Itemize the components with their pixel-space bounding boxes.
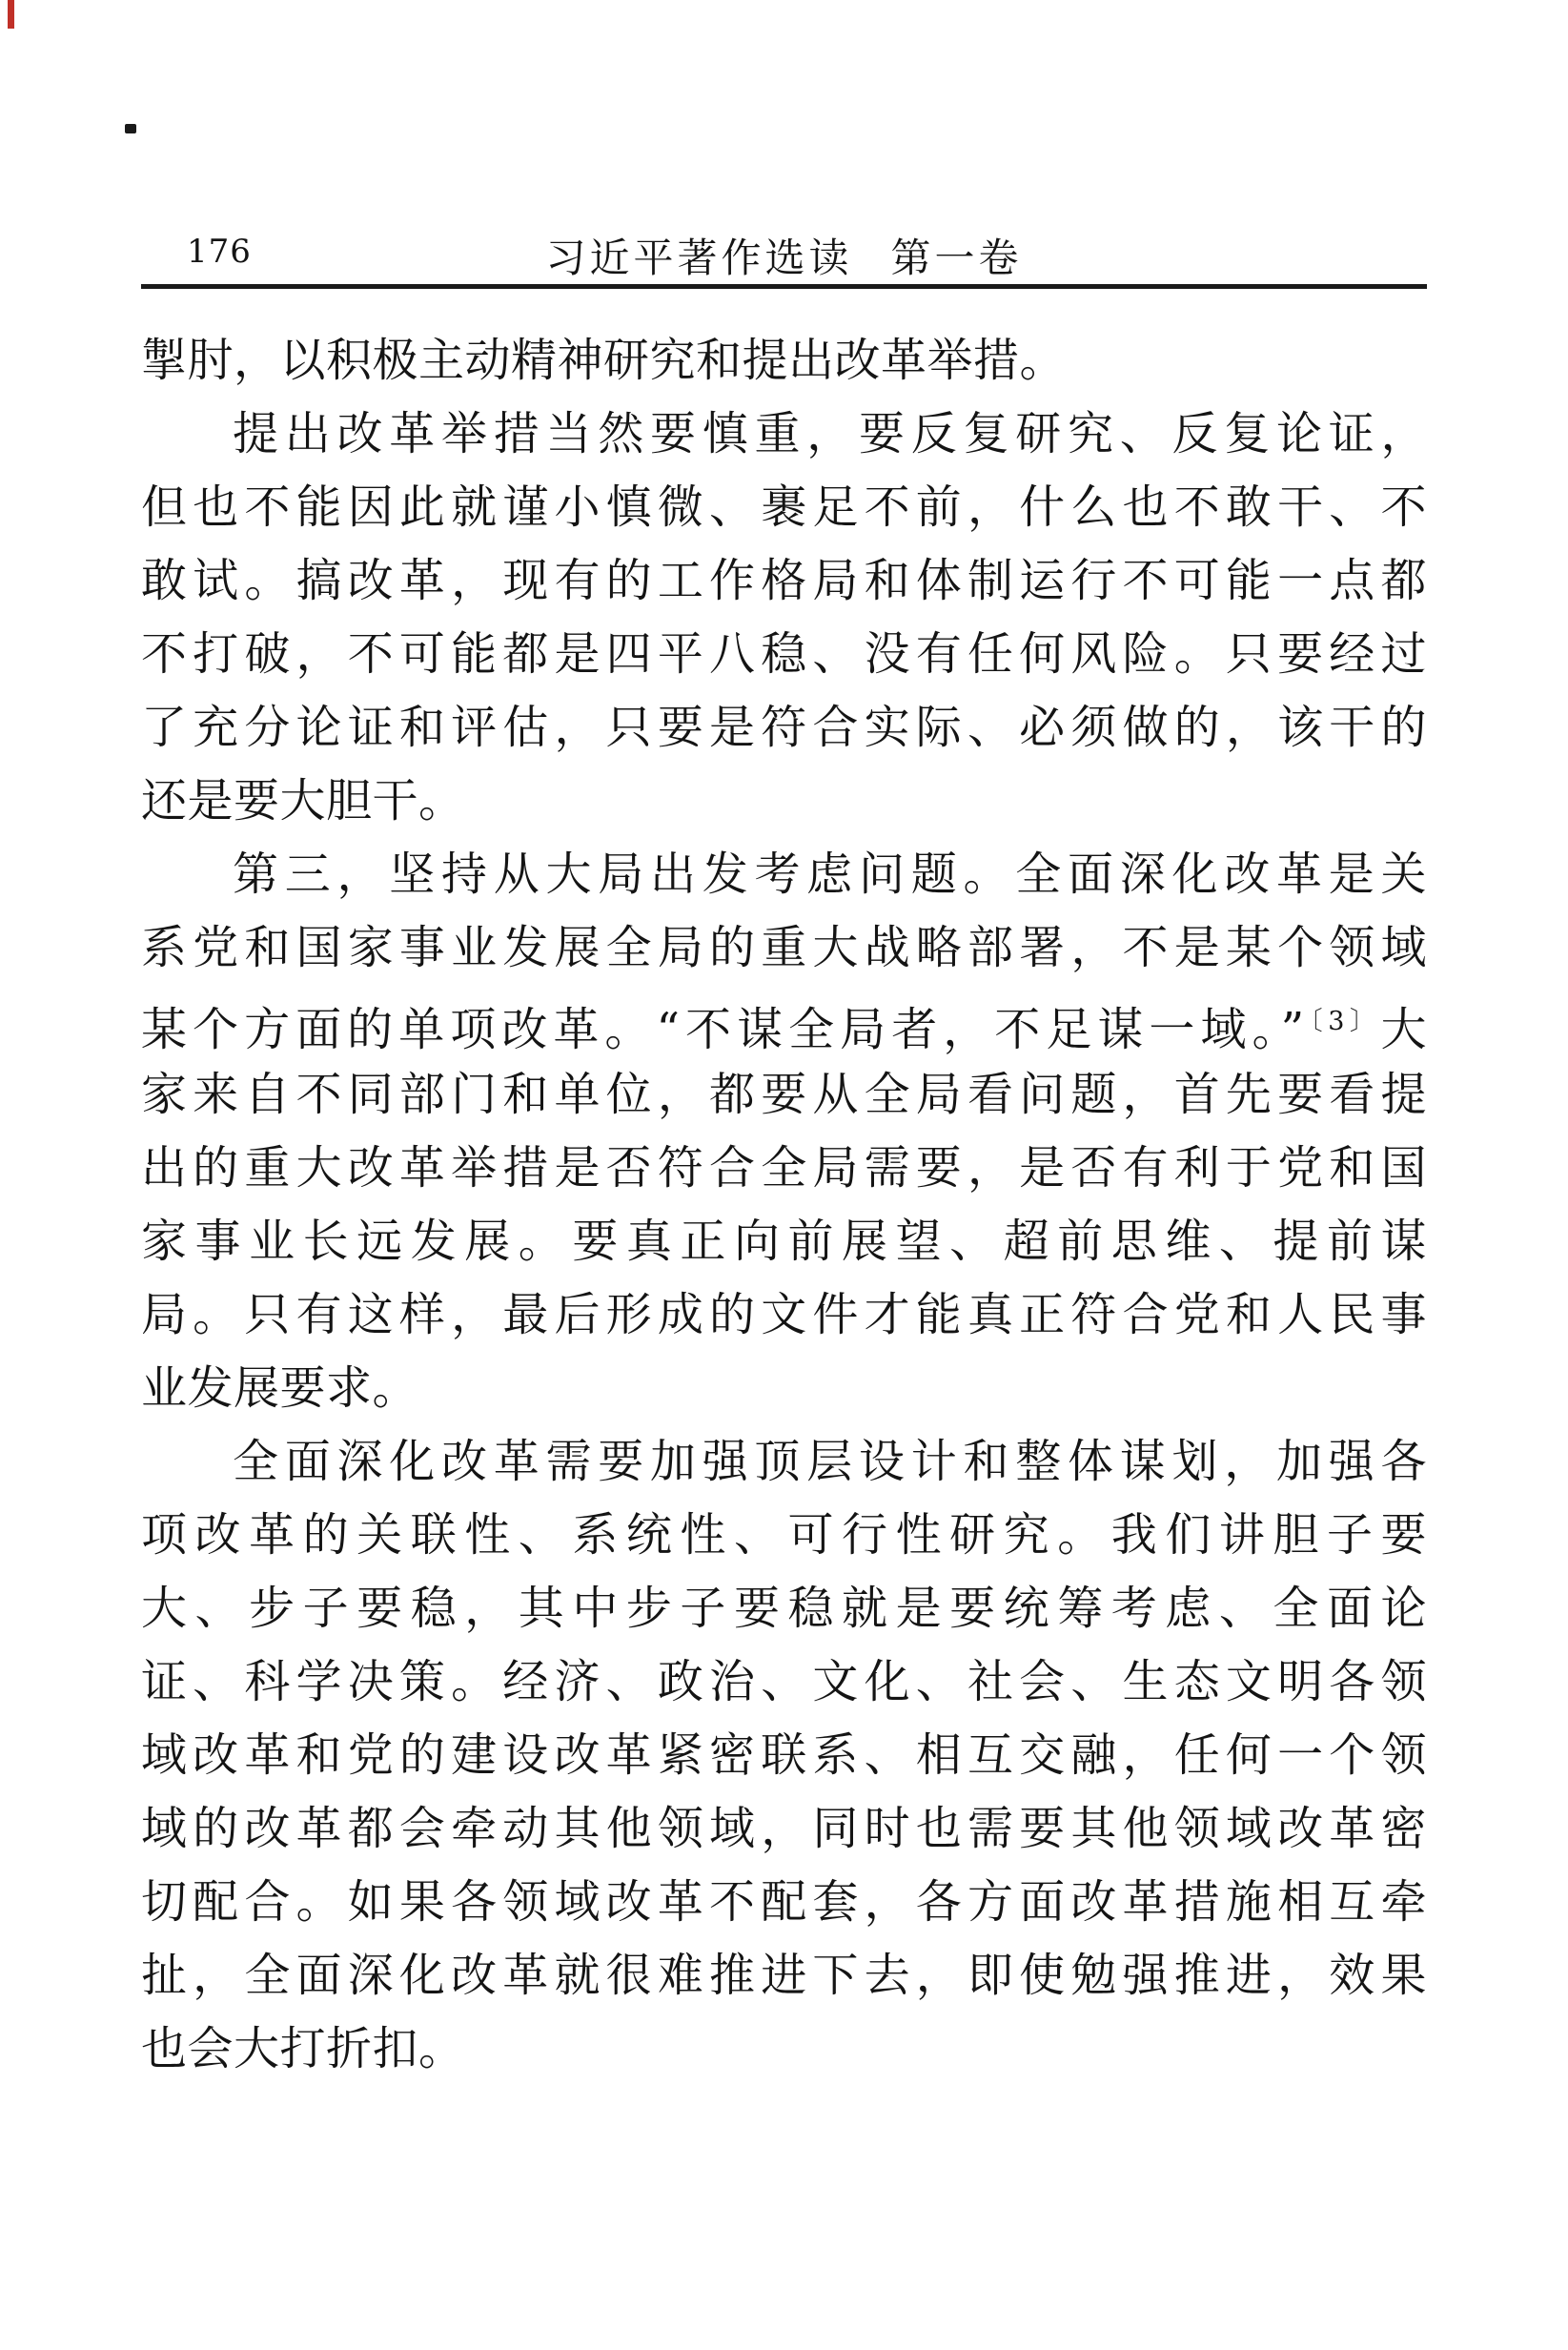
text-line: 不打破，不可能都是四平八稳、没有任何风险。只要经过 <box>141 618 1427 691</box>
text-line-content: 家来自不同部门和单位，都要从全局看问题，首先要看提 <box>141 1068 1427 1121</box>
text-line-content: 掣肘，以积极主动精神研究和提出改革举措。 <box>141 334 1066 387</box>
text-line-content: 大 <box>1380 1003 1427 1056</box>
book-page: 176 习近平著作选读第一卷 掣肘，以积极主动精神研究和提出改革举措。提出改革举… <box>0 0 1568 2350</box>
text-line: 项改革的关联性、系统性、可行性研究。我们讲胆子要 <box>141 1499 1427 1572</box>
text-line: 大、步子要稳，其中步子要稳就是要统筹考虑、全面论 <box>141 1572 1427 1645</box>
text-line-content: 了充分论证和评估，只要是符合实际、必须做的，该干的 <box>141 701 1427 754</box>
text-line-content: 全面深化改革需要加强顶层设计和整体谋划，加强各 <box>233 1435 1427 1488</box>
text-line-content: 局。只有这样，最后形成的文件才能真正符合党和人民事 <box>141 1288 1427 1341</box>
text-line-content: 域改革和党的建设改革紧密联系、相互交融，任何一个领 <box>141 1728 1427 1782</box>
text-line-content: 也会大打折扣。 <box>141 2022 465 2075</box>
text-line-content: 项改革的关联性、系统性、可行性研究。我们讲胆子要 <box>141 1508 1427 1562</box>
text-line-content: 切配合。如果各领域改革不配套，各方面改革措施相互牵 <box>141 1875 1427 1929</box>
text-line: 域的改革都会牵动其他领域，同时也需要其他领域改革密 <box>141 1792 1427 1866</box>
volume-label: 第一卷 <box>891 235 1023 281</box>
text-line-content: 第三，坚持从大局出发考虑问题。全面深化改革是关 <box>233 848 1427 901</box>
text-line-content: 域的改革都会牵动其他领域，同时也需要其他领域改革密 <box>141 1802 1427 1855</box>
text-line: 切配合。如果各领域改革不配套，各方面改革措施相互牵 <box>141 1866 1427 1939</box>
scan-speck <box>125 124 136 133</box>
text-line: 出的重大改革举措是否符合全局需要，是否有利于党和国 <box>141 1132 1427 1205</box>
text-line: 家来自不同部门和单位，都要从全局看问题，首先要看提 <box>141 1058 1427 1132</box>
text-line: 提出改革举措当然要慎重，要反复研究、反复论证， <box>141 398 1427 471</box>
text-line: 扯，全面深化改革就很难推进下去，即使勉强推进，效果 <box>141 1939 1427 2013</box>
text-line-content: 业发展要求。 <box>141 1361 418 1415</box>
header-rule <box>141 284 1427 289</box>
text-line: 掣肘，以积极主动精神研究和提出改革举措。 <box>141 324 1427 398</box>
text-line: 某个方面的单项改革。“不谋全局者，不足谋一域。”〔3〕大 <box>141 985 1427 1058</box>
text-line-content: 系党和国家事业发展全局的重大战略部署，不是某个领域 <box>141 921 1427 974</box>
text-line: 系党和国家事业发展全局的重大战略部署，不是某个领域 <box>141 911 1427 985</box>
text-line: 也会大打折扣。 <box>141 2013 1427 2086</box>
text-line-content: 还是要大胆干。 <box>141 774 465 828</box>
text-line-content: 提出改革举措当然要慎重，要反复研究、反复论证， <box>233 407 1427 460</box>
text-line-content: 大、步子要稳，其中步子要稳就是要统筹考虑、全面论 <box>141 1582 1427 1635</box>
text-line-content: 证、科学决策。经济、政治、文化、社会、生态文明各领 <box>141 1655 1427 1708</box>
text-line: 了充分论证和评估，只要是符合实际、必须做的，该干的 <box>141 691 1427 765</box>
text-line: 家事业长远发展。要真正向前展望、超前思维、提前谋 <box>141 1205 1427 1278</box>
text-line: 第三，坚持从大局出发考虑问题。全面深化改革是关 <box>141 838 1427 911</box>
text-line: 还是要大胆干。 <box>141 765 1427 838</box>
text-line-content: 某个方面的单项改革。“不谋全局者，不足谋一域。” <box>141 1003 1305 1056</box>
book-title: 习近平著作选读 <box>545 235 852 281</box>
text-line-content: 不打破，不可能都是四平八稳、没有任何风险。只要经过 <box>141 627 1427 681</box>
text-line-content: 但也不能因此就谨小慎微、裹足不前，什么也不敢干、不 <box>141 480 1427 534</box>
text-line: 敢试。搞改革，现有的工作格局和体制运行不可能一点都 <box>141 544 1427 618</box>
text-line: 局。只有这样，最后形成的文件才能真正符合党和人民事 <box>141 1278 1427 1352</box>
text-line: 域改革和党的建设改革紧密联系、相互交融，任何一个领 <box>141 1719 1427 1792</box>
running-head: 习近平著作选读第一卷 <box>141 227 1427 284</box>
text-line: 证、科学决策。经济、政治、文化、社会、生态文明各领 <box>141 1645 1427 1719</box>
text-line: 但也不能因此就谨小慎微、裹足不前，什么也不敢干、不 <box>141 471 1427 544</box>
text-line-content: 家事业长远发展。要真正向前展望、超前思维、提前谋 <box>141 1215 1427 1268</box>
text-line-content: 出的重大改革举措是否符合全局需要，是否有利于党和国 <box>141 1141 1427 1195</box>
text-line-content: 敢试。搞改革，现有的工作格局和体制运行不可能一点都 <box>141 554 1427 607</box>
text-block: 掣肘，以积极主动精神研究和提出改革举措。提出改革举措当然要慎重，要反复研究、反复… <box>141 324 1427 2086</box>
page-header: 176 习近平著作选读第一卷 <box>0 227 1568 276</box>
text-line-content: 扯，全面深化改革就很难推进下去，即使勉强推进，效果 <box>141 1949 1427 2002</box>
scan-artifact-red <box>8 0 14 29</box>
text-line: 业发展要求。 <box>141 1352 1427 1425</box>
footnote-marker: 〔3〕 <box>1305 1007 1381 1036</box>
text-line: 全面深化改革需要加强顶层设计和整体谋划，加强各 <box>141 1425 1427 1499</box>
